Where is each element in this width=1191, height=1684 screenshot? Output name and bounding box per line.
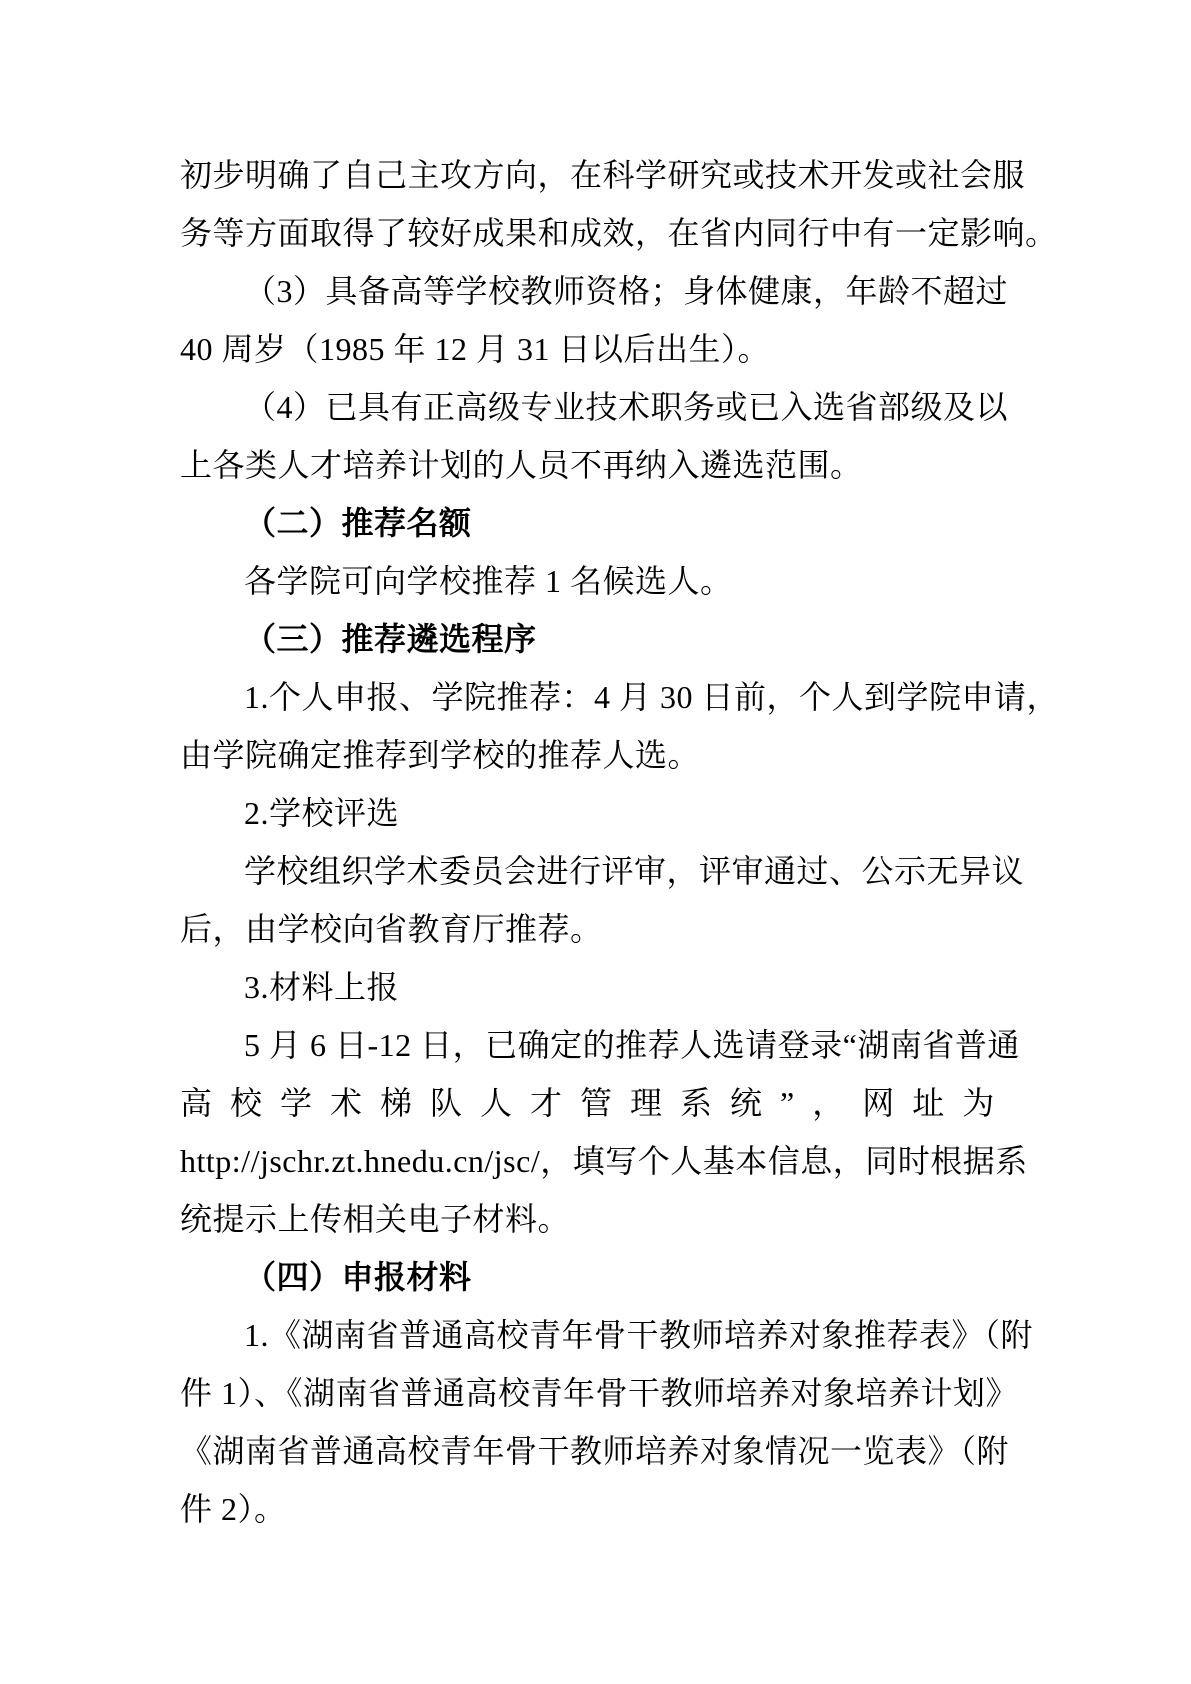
doc-line: 件 1）、《湖南省普通高校青年骨干教师培养对象培养计划》 [180,1364,1028,1422]
section-heading-2: （二）推荐名额 [180,494,1028,552]
doc-line: 1.《湖南省普通高校青年骨干教师培养对象推荐表》（附 [180,1306,1028,1364]
doc-line: 3.材料上报 [180,958,1028,1016]
doc-line: 1.个人申报、学院推荐：4 月 30 日前，个人到学院申请， [180,668,1028,726]
doc-line-justified: 高校学术梯队人才管理系统”，网址为 [180,1074,1028,1132]
document-page: 初步明确了自己主攻方向，在科学研究或技术开发或社会服 务等方面取得了较好成果和成… [0,0,1191,1684]
section-heading-4: （四）申报材料 [180,1248,1028,1306]
doc-line: 学校组织学术委员会进行评审，评审通过、公示无异议 [180,842,1028,900]
doc-line: 初步明确了自己主攻方向，在科学研究或技术开发或社会服 [180,146,1028,204]
doc-line: 务等方面取得了较好成果和成效，在省内同行中有一定影响。 [180,204,1028,262]
doc-line: 统提示上传相关电子材料。 [180,1190,1028,1248]
doc-line: （3）具备高等学校教师资格；身体健康，年龄不超过 [180,262,1028,320]
section-heading-3: （三）推荐遴选程序 [180,610,1028,668]
doc-line: 后，由学校向省教育厅推荐。 [180,900,1028,958]
doc-line: 上各类人才培养计划的人员不再纳入遴选范围。 [180,436,1028,494]
document-body: 初步明确了自己主攻方向，在科学研究或技术开发或社会服 务等方面取得了较好成果和成… [180,146,1028,1538]
doc-line: 由学院确定推荐到学校的推荐人选。 [180,726,1028,784]
doc-line: 各学院可向学校推荐 1 名候选人。 [180,552,1028,610]
doc-line: 40 周岁（1985 年 12 月 31 日以后出生）。 [180,320,1028,378]
doc-line: 件 2）。 [180,1480,1028,1538]
doc-line: 5 月 6 日-12 日，已确定的推荐人选请登录“湖南省普通 [180,1016,1028,1074]
doc-line: （4）已具有正高级专业技术职务或已入选省部级及以 [180,378,1028,436]
doc-line-url: http://jschr.zt.hnedu.cn/jsc/，填写个人基本信息，同… [180,1132,1028,1190]
doc-line: 《湖南省普通高校青年骨干教师培养对象情况一览表》（附 [180,1422,1028,1480]
doc-line: 2.学校评选 [180,784,1028,842]
